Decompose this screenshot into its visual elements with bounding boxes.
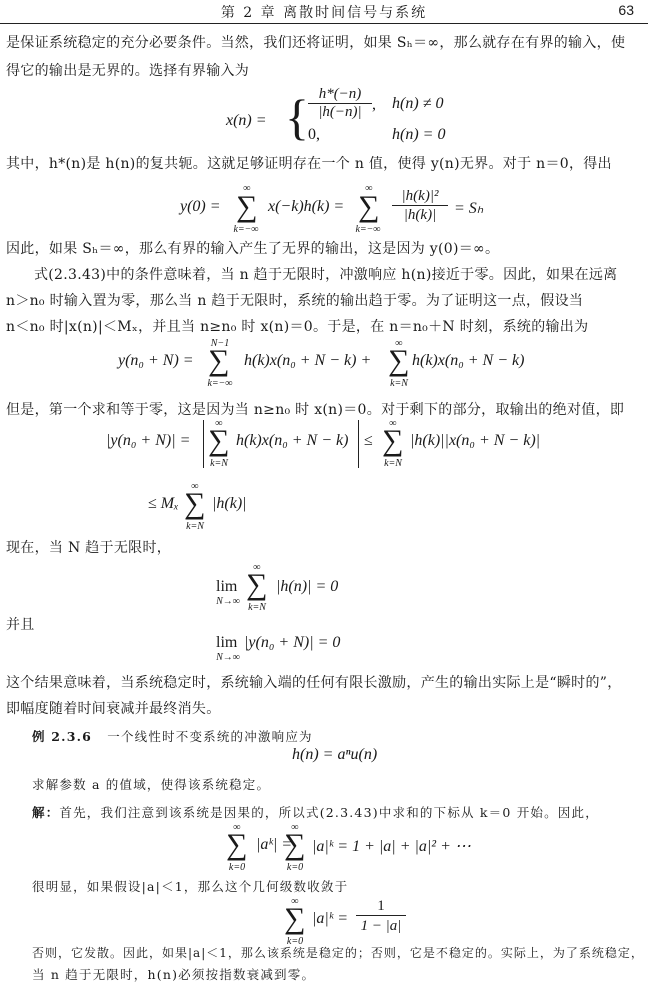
- sum-lower: k=−∞: [200, 378, 240, 389]
- sigma-symbol: ∑: [184, 489, 205, 519]
- bound-prefix: ≤ Mₓ: [148, 495, 179, 513]
- conv-den: 1 − |a|: [356, 918, 406, 935]
- y0-lhs: y(0) =: [180, 198, 221, 216]
- page-number: 63: [618, 2, 634, 18]
- example-question: 求解参数 a 的值域，使得该系统稳定。: [32, 772, 648, 798]
- y0-num: |h(k)|²: [392, 188, 448, 206]
- geo-mid: |a|ᵏ = 1 + |a| + |a|² + ⋯: [312, 836, 471, 856]
- paragraph-line: 得它的输出是无界的。选择有界输入为: [6, 58, 646, 84]
- example-label: 例 2.3.6: [32, 729, 92, 744]
- lim-text: lim: [216, 634, 237, 652]
- paragraph-line: 是保证系统稳定的充分必要条件。当然，我们还将证明，如果 Sₕ＝∞，那么就存在有界…: [6, 30, 646, 56]
- paragraph-line: n＜n₀ 时|x(n)|＜Mₓ，并且当 n≥n₀ 时 x(n)＝0。于是，在 n…: [6, 314, 646, 340]
- solution-line: 解：首先，我们注意到该系统是因果的，所以式(2.3.43)中求和的下标从 k＝0…: [32, 800, 648, 826]
- brace: {: [285, 92, 309, 142]
- sigma-symbol: ∑: [284, 830, 305, 860]
- conv-num: 1: [356, 898, 406, 916]
- sigma-symbol: ∑: [246, 570, 267, 600]
- sum-lower: k=N: [204, 458, 234, 469]
- yN-term1: h(k)x(n₀ + N − k) +: [244, 352, 371, 370]
- sigma-symbol: ∑: [358, 192, 379, 222]
- example-statement: 一个线性时不变系统的冲激响应为: [107, 729, 313, 744]
- sigma-symbol: ∑: [236, 192, 257, 222]
- case1-condition: h(n) ≠ 0: [392, 95, 443, 113]
- solution-line: 当 n 趋于无限时，h(n)必须按指数衰减到零。: [32, 962, 648, 988]
- comma: ,: [372, 96, 376, 114]
- y0-mid: x(−k)h(k) =: [268, 198, 344, 216]
- paragraph-line: 这个结果意味着，当系统稳定时，系统输入端的任何有限长激励，产生的输出实际上是“瞬…: [6, 670, 646, 696]
- y0-den: |h(k)|: [392, 207, 448, 224]
- sum-lower: k=N: [384, 378, 414, 389]
- paragraph-line: n＞n₀ 时输入置为零，那么当 n 趋于无限时，系统的输出趋于零。为了证明这一点…: [6, 288, 646, 314]
- sigma-symbol: ∑: [208, 426, 229, 456]
- sigma-symbol: ∑: [382, 426, 403, 456]
- sum-lower: k=0: [280, 862, 310, 873]
- lim2-term: |y(n₀ + N)| = 0: [244, 634, 340, 652]
- sum-lower: k=−∞: [348, 224, 388, 235]
- equation-xn-lhs: x(n) =: [226, 112, 267, 130]
- abs-lhs: |y(n₀ + N)| =: [106, 432, 190, 450]
- running-header: 第 2 章 离散时间信号与系统 63: [0, 0, 648, 22]
- abs-rhs: |h(k)||x(n₀ + N − k)|: [410, 432, 540, 450]
- y0-rhs: = Sₕ: [454, 198, 483, 218]
- yN-term2: h(k)x(n₀ + N − k): [412, 352, 524, 370]
- paragraph-line: 因此，如果 Sₕ＝∞，那么有界的输入产生了无界的输出，这是因为 y(0)＝∞。: [6, 236, 646, 262]
- sigma-symbol: ∑: [284, 904, 305, 934]
- solution-label: 解：: [32, 805, 59, 820]
- fraction-denominator: |h(−n)|: [308, 104, 372, 121]
- sum-lower: k=N: [378, 458, 408, 469]
- solution-line: 很明显，如果假设|a|＜1，那么这个几何级数收敛于: [32, 874, 648, 900]
- leq-symbol: ≤: [364, 432, 373, 450]
- paragraph-line: 现在，当 N 趋于无限时，: [6, 535, 646, 561]
- fraction-numerator: h*(−n): [308, 86, 372, 104]
- paragraph-line: 但是，第一个求和等于零，这是因为当 n≥n₀ 时 x(n)＝0。对于剩下的部分，…: [6, 397, 646, 423]
- lim-text: lim: [216, 578, 237, 596]
- paragraph-line: 式(2.3.43)中的条件意味着，当 n 趋于无限时，冲激响应 h(n)接近于零…: [34, 262, 648, 288]
- example-equation: h(n) = aⁿu(n): [292, 746, 377, 764]
- sigma-symbol: ∑: [226, 830, 247, 860]
- sum-lower: k=−∞: [226, 224, 266, 235]
- solution-text: 首先，我们注意到该系统是因果的，所以式(2.3.43)中求和的下标从 k＝0 开…: [59, 805, 599, 820]
- sum-lower: k=N: [180, 521, 210, 532]
- bound-term: |h(k)|: [212, 495, 247, 513]
- paragraph-line: 即幅度随着时间衰减并最终消失。: [6, 696, 646, 722]
- sum-lower: k=0: [222, 862, 252, 873]
- sigma-symbol: ∑: [208, 346, 229, 376]
- header-rule: [0, 23, 648, 24]
- case2-condition: h(n) = 0: [392, 126, 445, 144]
- lim1-term: |h(n)| = 0: [276, 578, 338, 596]
- yN-lhs: y(n₀ + N) =: [118, 352, 194, 370]
- case2-value: 0,: [308, 126, 320, 144]
- chapter-title: 第 2 章 离散时间信号与系统: [0, 2, 648, 22]
- abs-inner: h(k)x(n₀ + N − k): [236, 432, 348, 450]
- sigma-symbol: ∑: [388, 346, 409, 376]
- lim-sub: N→∞: [208, 652, 248, 663]
- abs-bar-right: [358, 420, 359, 468]
- paragraph-line: 其中，h*(n)是 h(n)的复共轭。这就足够证明存在一个 n 值，使得 y(n…: [6, 151, 646, 177]
- conv-lhs: |a|ᵏ =: [312, 910, 348, 928]
